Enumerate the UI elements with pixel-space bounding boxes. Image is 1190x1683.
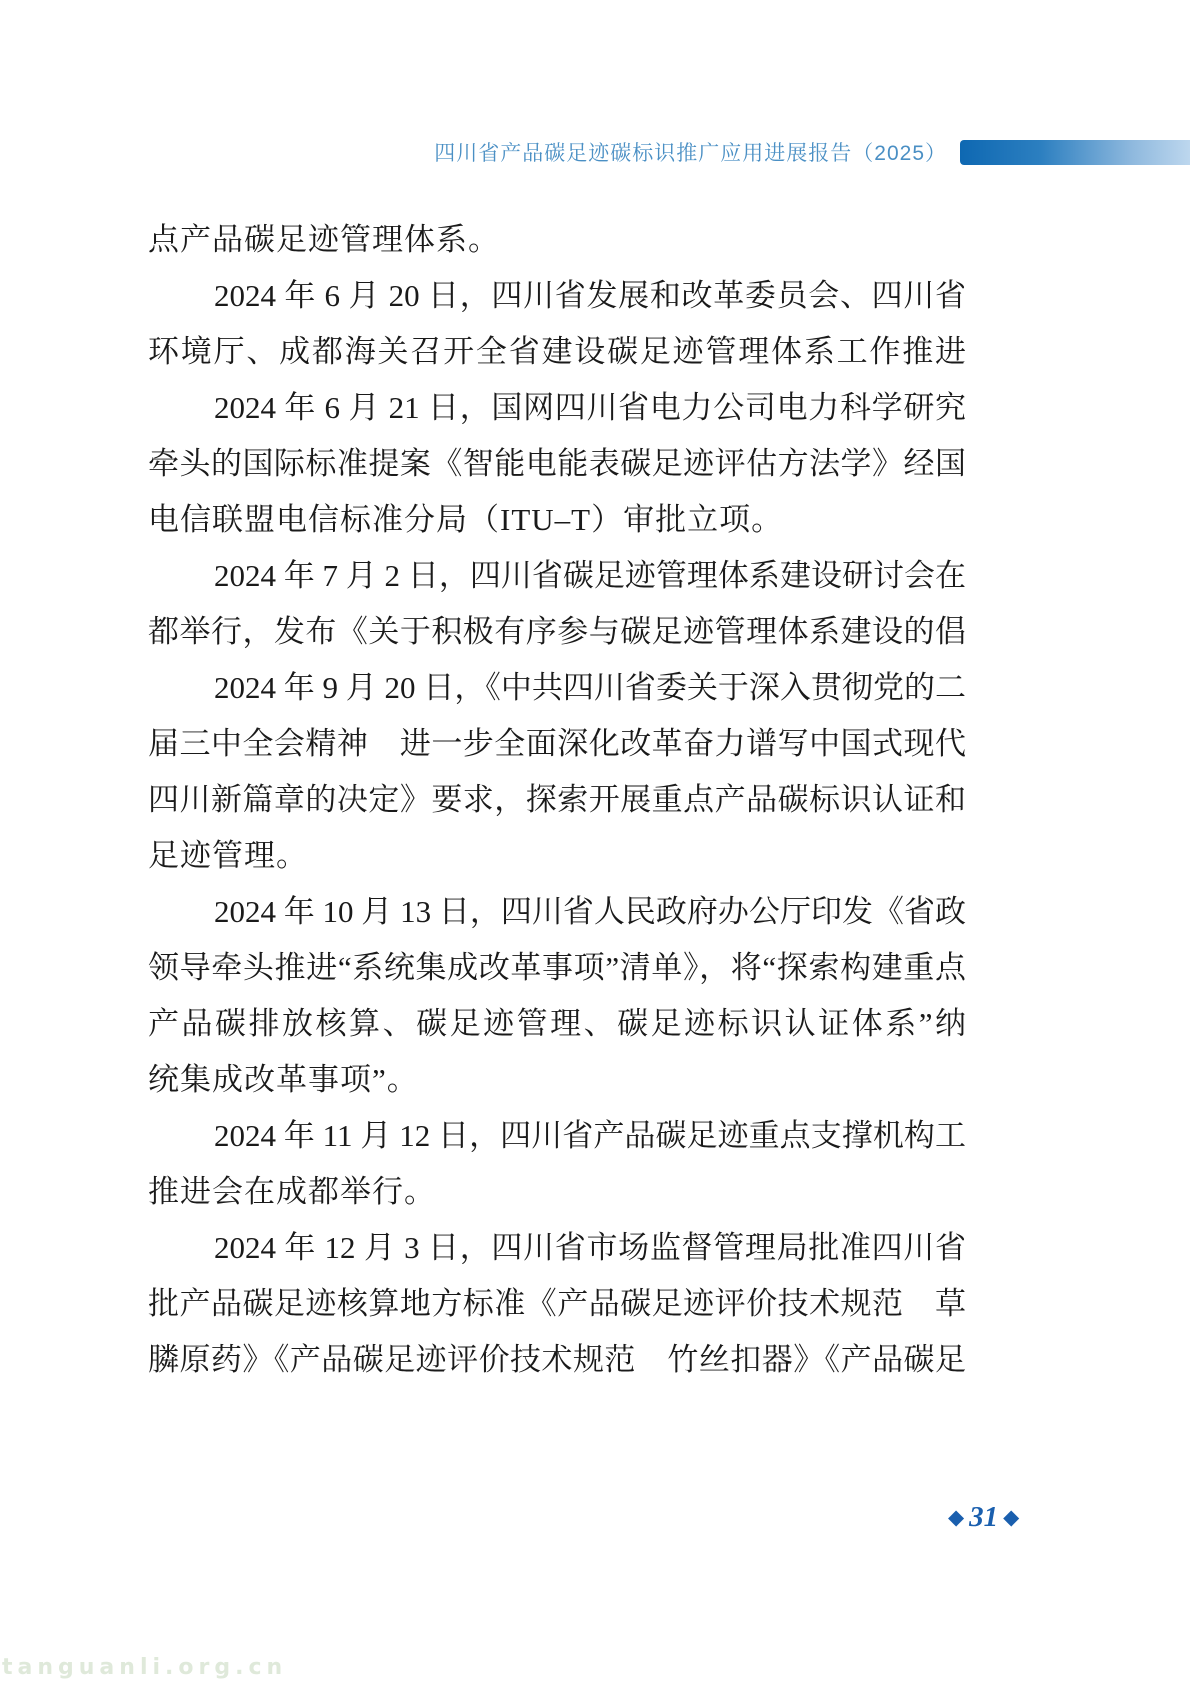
- text-line: 点产品碳足迹管理体系。: [148, 212, 966, 268]
- text-line: 推进会在成都举行。: [148, 1164, 966, 1220]
- text-line: 统集成改革事项”。: [148, 1052, 966, 1108]
- text-line: 足迹管理。: [148, 828, 966, 884]
- page-header: 四川省产品碳足迹碳标识推广应用进展报告（2025）: [0, 137, 1190, 167]
- diamond-left-icon: ◆: [948, 1507, 964, 1528]
- text-line: 批产品碳足迹核算地方标准《产品碳足迹评价技术规范 草甘: [148, 1276, 966, 1332]
- page-number-value: 31: [969, 1503, 998, 1532]
- text-line: 牵头的国际标准提案《智能电能表碳足迹评估方法学》经国际: [148, 436, 966, 492]
- watermark-text: tanguanli.org.cn: [2, 1655, 287, 1680]
- text-line: 2024 年 10 月 13 日，四川省人民政府办公厅印发《省政府: [148, 884, 966, 940]
- text-line: 环境厅、成都海关召开全省建设碳足迹管理体系工作推进会。: [148, 324, 966, 380]
- body-text: 点产品碳足迹管理体系。 2024 年 6 月 20 日，四川省发展和改革委员会、…: [148, 212, 966, 1388]
- diamond-right-icon: ◆: [1003, 1507, 1019, 1528]
- text-line: 电信联盟电信标准分局（ITU–T）审批立项。: [148, 492, 966, 548]
- document-page: 四川省产品碳足迹碳标识推广应用进展报告（2025） 点产品碳足迹管理体系。 20…: [0, 0, 1190, 1683]
- text-line: 产品碳排放核算、碳足迹管理、碳足迹标识认证体系”纳入“系: [148, 996, 966, 1052]
- text-line: 领导牵头推进“系统集成改革事项”清单》，将“探索构建重点: [148, 940, 966, 996]
- text-line: 2024 年 6 月 20 日，四川省发展和改革委员会、四川省生态: [148, 268, 966, 324]
- text-line: 膦原药》《产品碳足迹评价技术规范 竹丝扣器》《产品碳足迹: [148, 1332, 966, 1388]
- text-line: 2024 年 11 月 12 日，四川省产品碳足迹重点支撑机构工作: [148, 1108, 966, 1164]
- text-line: 2024 年 7 月 2 日，四川省碳足迹管理体系建设研讨会在成: [148, 548, 966, 604]
- text-line: 四川新篇章的决定》要求，探索开展重点产品碳标识认证和碳: [148, 772, 966, 828]
- report-title: 四川省产品碳足迹碳标识推广应用进展报告（2025）: [434, 137, 947, 167]
- header-accent-bar: [960, 140, 1190, 165]
- text-line: 2024 年 6 月 21 日，国网四川省电力公司电力科学研究院: [148, 380, 966, 436]
- text-line: 2024 年 12 月 3 日，四川省市场监督管理局批准四川省首: [148, 1220, 966, 1276]
- text-line: 届三中全会精神 进一步全面深化改革奋力谱写中国式现代化: [148, 716, 966, 772]
- text-line: 都举行，发布《关于积极有序参与碳足迹管理体系建设的倡议》。: [148, 604, 966, 660]
- text-line: 2024 年 9 月 20 日，《中共四川省委关于深入贯彻党的二十: [148, 660, 966, 716]
- page-number: ◆ 31 ◆: [948, 1503, 1019, 1532]
